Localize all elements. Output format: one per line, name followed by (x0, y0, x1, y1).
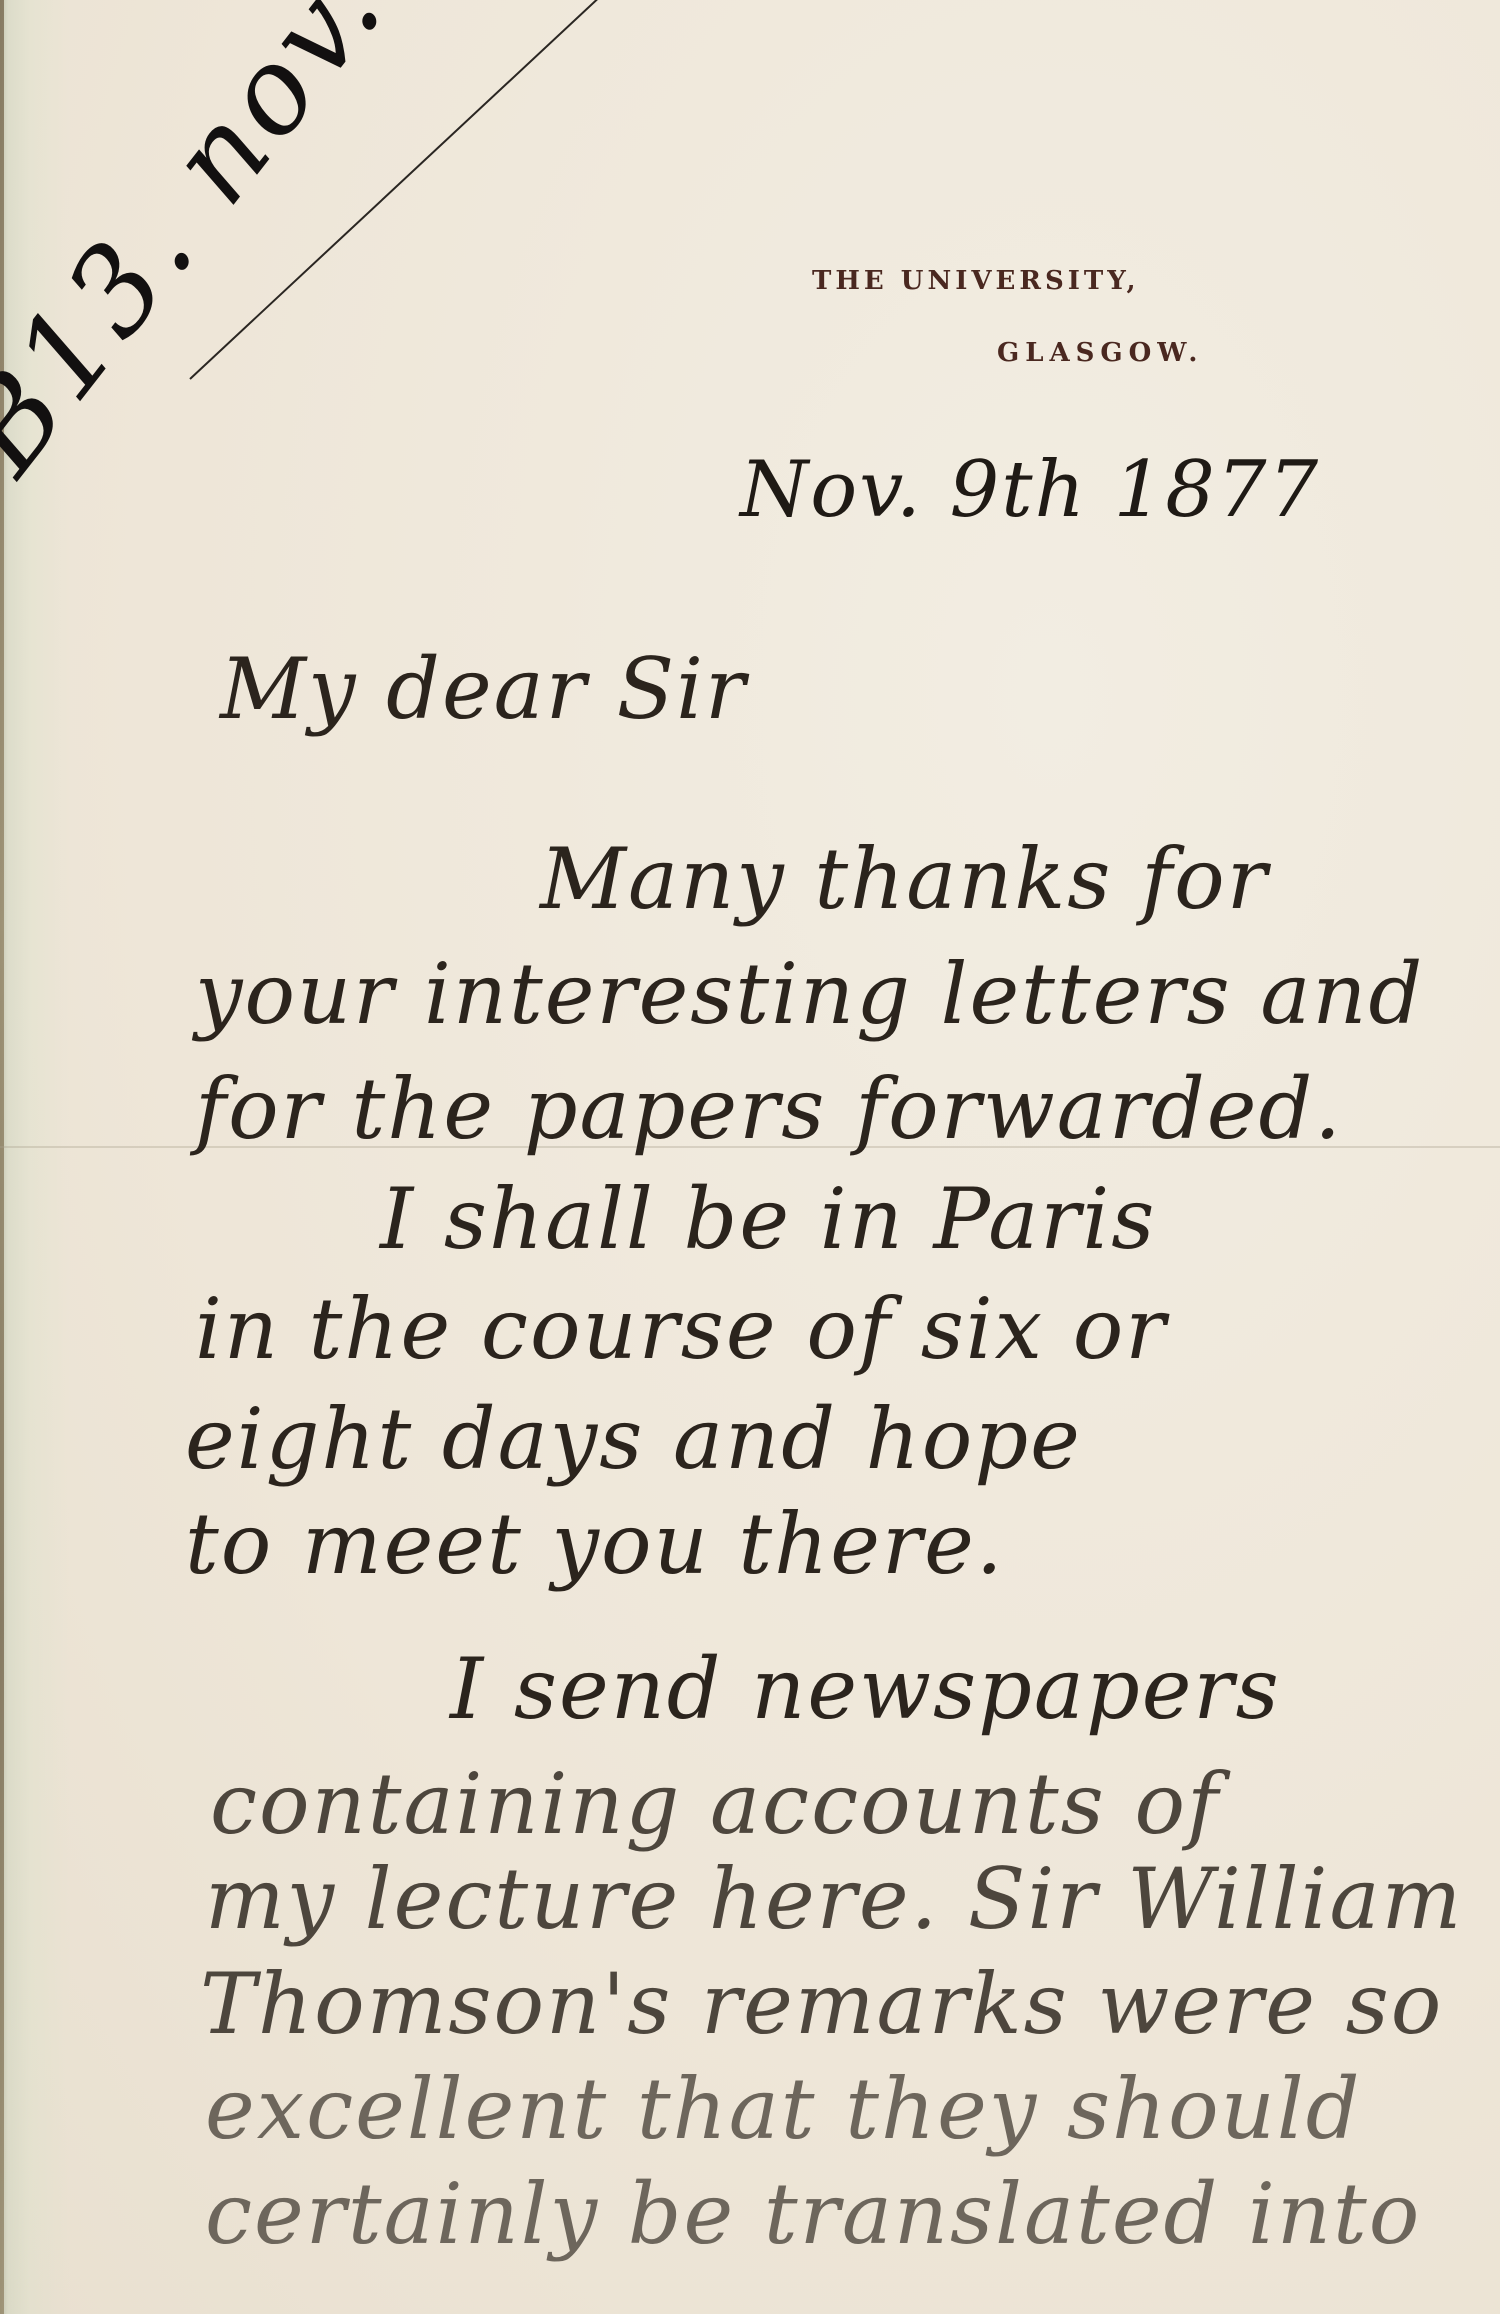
letter-date: Nov. 9th 1877 (740, 445, 1320, 535)
body-line: to meet you there. (185, 1495, 1005, 1593)
body-line: in the course of six or (195, 1280, 1167, 1378)
body-line: my lecture here. Sir William (205, 1850, 1463, 1948)
body-line: containing accounts of (210, 1755, 1220, 1853)
body-line: certainly be translated into (205, 2165, 1421, 2263)
body-line: I shall be in Paris (380, 1170, 1156, 1268)
salutation: My dear Sir (220, 640, 747, 738)
body-line: Thomson's remarks were so (200, 1955, 1443, 2053)
body-line: your interesting letters and (195, 945, 1424, 1043)
letterhead-city: GLASGOW. (997, 338, 1204, 368)
body-line: eight days and hope (185, 1390, 1082, 1488)
body-line: I send newspapers (450, 1640, 1281, 1738)
body-line: Many thanks for (540, 830, 1269, 928)
letter-page: THE UNIVERSITY, GLASGOW. B13. nov. 77 No… (0, 0, 1500, 2314)
archival-annotation: B13. nov. 77 (0, 0, 538, 498)
letterhead-university: THE UNIVERSITY, (812, 266, 1140, 296)
body-line: excellent that they should (205, 2060, 1361, 2158)
body-line: for the papers forwarded. (195, 1060, 1343, 1158)
